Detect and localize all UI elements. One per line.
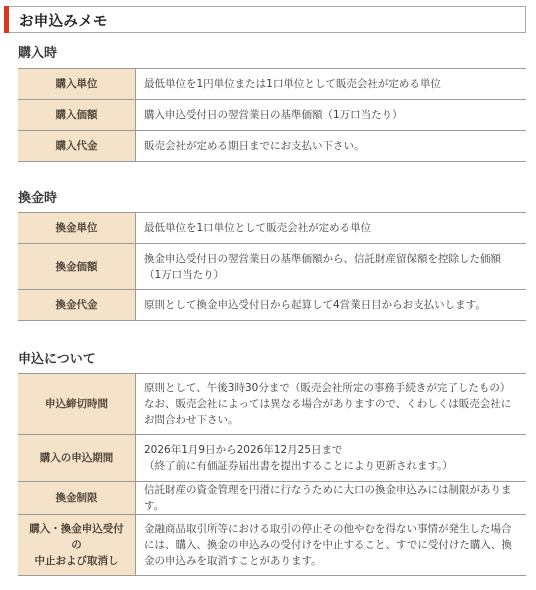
row-value: 購入申込受付日の翌営業日の基準価額（1万口当たり） — [136, 100, 527, 131]
table-row: 購入の申込期間 2026年1月9日から2026年12月25日まで （終了前に有価… — [18, 435, 526, 482]
row-value: 2026年1月9日から2026年12月25日まで （終了前に有価証券届出書を提出… — [136, 435, 527, 482]
row-value: 最低単位を1口単位として販売会社が定める単位 — [136, 213, 527, 244]
row-label: 購入価額 — [18, 100, 136, 131]
row-value: 信託財産の資金管理を円滑に行なうために大口の換金申込みには制限があります。 — [136, 482, 527, 515]
row-label: 換金制限 — [18, 482, 136, 515]
row-value: 最低単位を1円単位または1口単位として販売会社が定める単位 — [136, 69, 527, 100]
row-value: 原則として換金申込受付日から起算して4営業日目からお支払いします。 — [136, 290, 527, 321]
row-value: 換金申込受付日の翌営業日の基準価額から、信託財産留保額を控除した価額（1万口当た… — [136, 244, 527, 290]
row-label: 購入代金 — [18, 131, 136, 162]
table-row: 購入価額 購入申込受付日の翌営業日の基準価額（1万口当たり） — [18, 100, 526, 131]
value-line: （終了前に有価証券届出書を提出することにより更新されます。） — [144, 458, 518, 474]
section-heading-redemption: 換金時 — [18, 187, 57, 206]
row-label: 換金代金 — [18, 290, 136, 321]
table-row: 換金単位 最低単位を1口単位として販売会社が定める単位 — [18, 213, 526, 244]
table-row: 購入・換金申込受付の 中止および取消し 金融商品取引所等における取引の停止その他… — [18, 515, 526, 576]
page-title: お申込みメモ — [19, 10, 108, 31]
row-value: 原則として、午後3時30分まで（販売会社所定の事務手続きが完了したもの） なお、… — [136, 374, 527, 435]
table-row: 申込締切時間 原則として、午後3時30分まで（販売会社所定の事務手続きが完了した… — [18, 374, 526, 435]
label-line: 中止および取消し — [26, 553, 127, 569]
table-row: 購入単位 最低単位を1円単位または1口単位として販売会社が定める単位 — [18, 69, 526, 100]
memo-header: お申込みメモ — [4, 6, 526, 33]
row-label: 購入の申込期間 — [18, 435, 136, 482]
row-value: 販売会社が定める期日までにお支払い下さい。 — [136, 131, 527, 162]
value-line: 2026年1月9日から2026年12月25日まで — [144, 442, 518, 458]
table-row: 換金価額 換金申込受付日の翌営業日の基準価額から、信託財産留保額を控除した価額（… — [18, 244, 526, 290]
label-line: 購入・換金申込受付の — [26, 521, 127, 553]
value-line: なお、販売会社によっては異なる場合がありますので、くわしくは販売会社にお問合わせ… — [144, 396, 518, 428]
row-label: 購入単位 — [18, 69, 136, 100]
header-accent-bar — [4, 6, 9, 33]
row-label: 申込締切時間 — [18, 374, 136, 435]
table-row: 購入代金 販売会社が定める期日までにお支払い下さい。 — [18, 131, 526, 162]
application-table: 申込締切時間 原則として、午後3時30分まで（販売会社所定の事務手続きが完了した… — [18, 373, 526, 576]
redemption-table: 換金単位 最低単位を1口単位として販売会社が定める単位 換金価額 換金申込受付日… — [18, 212, 526, 321]
table-row: 換金制限 信託財産の資金管理を円滑に行なうために大口の換金申込みには制限がありま… — [18, 482, 526, 515]
section-heading-application: 申込について — [18, 348, 96, 367]
row-label: 購入・換金申込受付の 中止および取消し — [18, 515, 136, 576]
value-line: 原則として、午後3時30分まで（販売会社所定の事務手続きが完了したもの） — [144, 380, 518, 396]
table-row: 換金代金 原則として換金申込受付日から起算して4営業日目からお支払いします。 — [18, 290, 526, 321]
section-heading-purchase: 購入時 — [18, 42, 57, 61]
row-label: 換金価額 — [18, 244, 136, 290]
purchase-table: 購入単位 最低単位を1円単位または1口単位として販売会社が定める単位 購入価額 … — [18, 68, 526, 162]
row-label: 換金単位 — [18, 213, 136, 244]
row-value: 金融商品取引所等における取引の停止その他やむを得ない事情が発生した場合には、購入… — [136, 515, 527, 576]
